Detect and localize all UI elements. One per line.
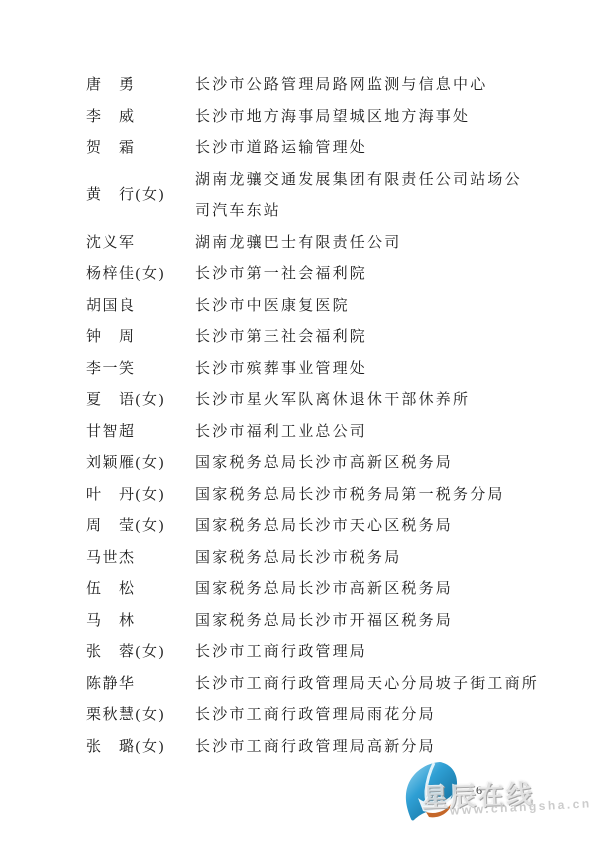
- roster-row: 马世杰 国家税务总局长沙市税务局: [86, 543, 558, 575]
- organization-name: 国家税务总局长沙市天心区税务局: [195, 511, 558, 543]
- roster-row: 唐 勇 长沙市公路管理局路网监测与信息中心: [86, 70, 558, 102]
- organization-name: 湖南龙骧巴士有限责任公司: [195, 228, 558, 260]
- person-name: 张 蓉(女): [86, 637, 195, 669]
- organization-name: 长沙市工商行政管理局高新分局: [195, 732, 558, 764]
- roster-row: 伍 松 国家税务总局长沙市高新区税务局: [86, 574, 558, 606]
- roster-row: 马 林 国家税务总局长沙市开福区税务局: [86, 606, 558, 638]
- roster-row: 陈静华 长沙市工商行政管理局天心分局坡子街工商所: [86, 669, 558, 701]
- organization-name: 长沙市道路运输管理处: [195, 133, 558, 165]
- page-number: - 6 -: [467, 783, 492, 798]
- organization-name: 长沙市殡葬事业管理处: [195, 354, 558, 386]
- organization-name: 长沙市工商行政管理局: [195, 637, 558, 669]
- organization-name: 长沙市工商行政管理局雨花分局: [195, 700, 558, 732]
- person-name: 陈静华: [86, 669, 195, 701]
- person-name: 叶 丹(女): [86, 480, 195, 512]
- person-name: 夏 语(女): [86, 385, 195, 417]
- person-name: 栗秋慧(女): [86, 700, 195, 732]
- roster-row: 杨梓佳(女) 长沙市第一社会福利院: [86, 259, 558, 291]
- organization-name: 长沙市福利工业总公司: [195, 417, 558, 449]
- person-name: 周 莹(女): [86, 511, 195, 543]
- person-name: 胡国良: [86, 291, 195, 323]
- organization-name: 国家税务总局长沙市税务局: [195, 543, 558, 575]
- organization-name: 长沙市第三社会福利院: [195, 322, 558, 354]
- organization-name: 国家税务总局长沙市高新区税务局: [195, 574, 558, 606]
- water-drop-leaf-icon: [404, 760, 460, 822]
- person-name: 贺 霜: [86, 133, 195, 165]
- roster-row: 张 蓉(女) 长沙市工商行政管理局: [86, 637, 558, 669]
- roster-row: 刘颖雁(女) 国家税务总局长沙市高新区税务局: [86, 448, 558, 480]
- roster-row: 栗秋慧(女) 长沙市工商行政管理局雨花分局: [86, 700, 558, 732]
- organization-name: 长沙市星火军队离休退休干部休养所: [195, 385, 558, 417]
- person-name: 甘智超: [86, 417, 195, 449]
- person-name: 伍 松: [86, 574, 195, 606]
- organization-name: 国家税务总局长沙市开福区税务局: [195, 606, 558, 638]
- changsha-online-watermark: 星辰在线 www.changsha.cn: [398, 756, 600, 846]
- scanned-document-page: { "page": { "page_number": "- 6 -", "bac…: [0, 0, 600, 848]
- roster-row: 沈义军 湖南龙骧巴士有限责任公司: [86, 228, 558, 260]
- organization-name: 湖南龙骧交通发展集团有限责任公司站场公司汽车东站: [195, 165, 558, 228]
- roster-list: 唐 勇 长沙市公路管理局路网监测与信息中心 李 威 长沙市地方海事局望城区地方海…: [86, 70, 558, 763]
- person-name: 唐 勇: [86, 70, 195, 102]
- roster-row: 张 璐(女) 长沙市工商行政管理局高新分局: [86, 732, 558, 764]
- person-name: 钟 周: [86, 322, 195, 354]
- person-name: 李 威: [86, 102, 195, 134]
- roster-row: 周 莹(女) 国家税务总局长沙市天心区税务局: [86, 511, 558, 543]
- watermark-site-url: www.changsha.cn: [450, 796, 592, 817]
- person-name: 黄 行(女): [86, 180, 195, 212]
- organization-name: 国家税务总局长沙市税务局第一税务分局: [195, 480, 558, 512]
- person-name: 马 林: [86, 606, 195, 638]
- person-name: 杨梓佳(女): [86, 259, 195, 291]
- organization-name: 长沙市第一社会福利院: [195, 259, 558, 291]
- roster-row: 李一笑 长沙市殡葬事业管理处: [86, 354, 558, 386]
- organization-name: 国家税务总局长沙市高新区税务局: [195, 448, 558, 480]
- roster-row: 甘智超 长沙市福利工业总公司: [86, 417, 558, 449]
- organization-name: 长沙市中医康复医院: [195, 291, 558, 323]
- person-name: 沈义军: [86, 228, 195, 260]
- roster-row: 贺 霜 长沙市道路运输管理处: [86, 133, 558, 165]
- roster-row: 钟 周 长沙市第三社会福利院: [86, 322, 558, 354]
- person-name: 马世杰: [86, 543, 195, 575]
- person-name: 刘颖雁(女): [86, 448, 195, 480]
- person-name: 张 璐(女): [86, 732, 195, 764]
- organization-name: 长沙市工商行政管理局天心分局坡子街工商所: [195, 669, 558, 701]
- organization-name: 长沙市公路管理局路网监测与信息中心: [195, 70, 558, 102]
- organization-name: 长沙市地方海事局望城区地方海事处: [195, 102, 558, 134]
- roster-row: 黄 行(女) 湖南龙骧交通发展集团有限责任公司站场公司汽车东站: [86, 165, 558, 228]
- person-name: 李一笑: [86, 354, 195, 386]
- roster-row: 李 威 长沙市地方海事局望城区地方海事处: [86, 102, 558, 134]
- roster-row: 叶 丹(女) 国家税务总局长沙市税务局第一税务分局: [86, 480, 558, 512]
- roster-row: 夏 语(女) 长沙市星火军队离休退休干部休养所: [86, 385, 558, 417]
- roster-row: 胡国良 长沙市中医康复医院: [86, 291, 558, 323]
